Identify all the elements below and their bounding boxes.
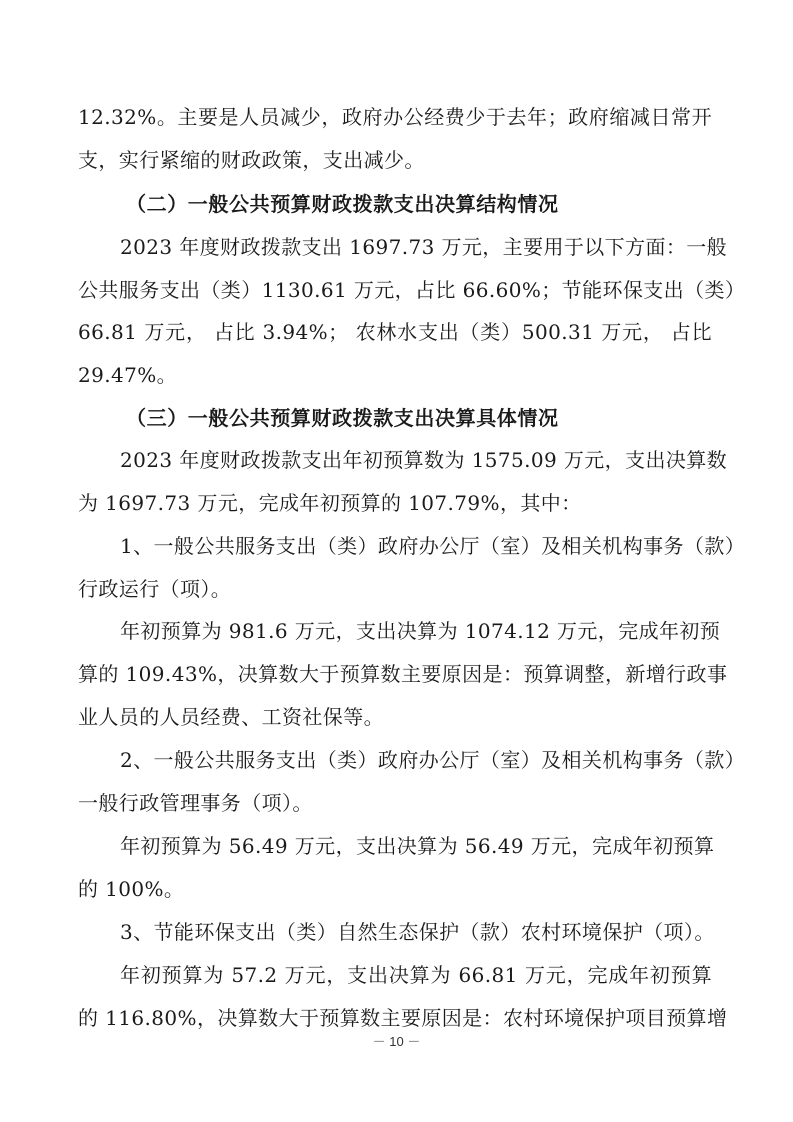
list-item-2-title: 一般行政管理事务（项）。 <box>78 788 313 818</box>
section-heading-structure: （二）一般公共预算财政拨款支出决算结构情况 <box>126 189 559 219</box>
paragraph-line: 算的 109.43%，决算数大于预算数主要原因是：预算调整，新增行政事 <box>78 659 712 689</box>
paragraph-line: 2023 年度财政拨款支出 1697.73 万元，主要用于以下方面：一般 <box>120 232 712 262</box>
paragraph-line: 年初预算为 56.49 万元，支出决算为 56.49 万元，完成年初预算 <box>120 831 712 861</box>
list-item-3-title: 3、节能环保支出（类）自然生态保护（款）农村环境保护（项）。 <box>120 917 712 947</box>
paragraph-line: 公共服务支出（类）1130.61 万元，占比 66.60%；节能环保支出（类） <box>78 275 712 305</box>
paragraph-line: 支，实行紧缩的财政政策，支出减少。 <box>78 145 425 175</box>
paragraph-line: 的 116.80%，决算数大于预算数主要原因是：农村环境保护项目预算增 <box>78 1003 712 1033</box>
list-item-2-title: 2、一般公共服务支出（类）政府办公厅（室）及相关机构事务（款） <box>120 745 712 775</box>
paragraph-line: 2023 年度财政拨款支出年初预算数为 1575.09 万元，支出决算数 <box>120 445 712 475</box>
paragraph-line: 的 100%。 <box>78 874 184 904</box>
paragraph-line: 年初预算为 981.6 万元，支出决算为 1074.12 万元，完成年初预 <box>120 616 712 646</box>
paragraph-line: 66.81 万元， 占比 3.94%； 农林水支出（类）500.31 万元， 占… <box>78 317 712 347</box>
paragraph-line: 29.47%。 <box>78 360 177 390</box>
list-item-1-title: 1、一般公共服务支出（类）政府办公厅（室）及相关机构事务（款） <box>120 531 712 561</box>
paragraph-line: 业人员的人员经费、工资社保等。 <box>78 702 384 732</box>
paragraph-line: 年初预算为 57.2 万元，支出决算为 66.81 万元，完成年初预算 <box>120 960 712 990</box>
section-heading-details: （三）一般公共预算财政拨款支出决算具体情况 <box>126 403 559 433</box>
paragraph-line: 为 1697.73 万元，完成年初预算的 107.79%，其中： <box>78 488 582 518</box>
list-item-1-title: 行政运行（项）。 <box>78 574 231 604</box>
page-number: － 10 － <box>0 1031 793 1050</box>
paragraph-line: 12.32%。主要是人员减少，政府办公经费少于去年；政府缩减日常开 <box>78 102 712 132</box>
